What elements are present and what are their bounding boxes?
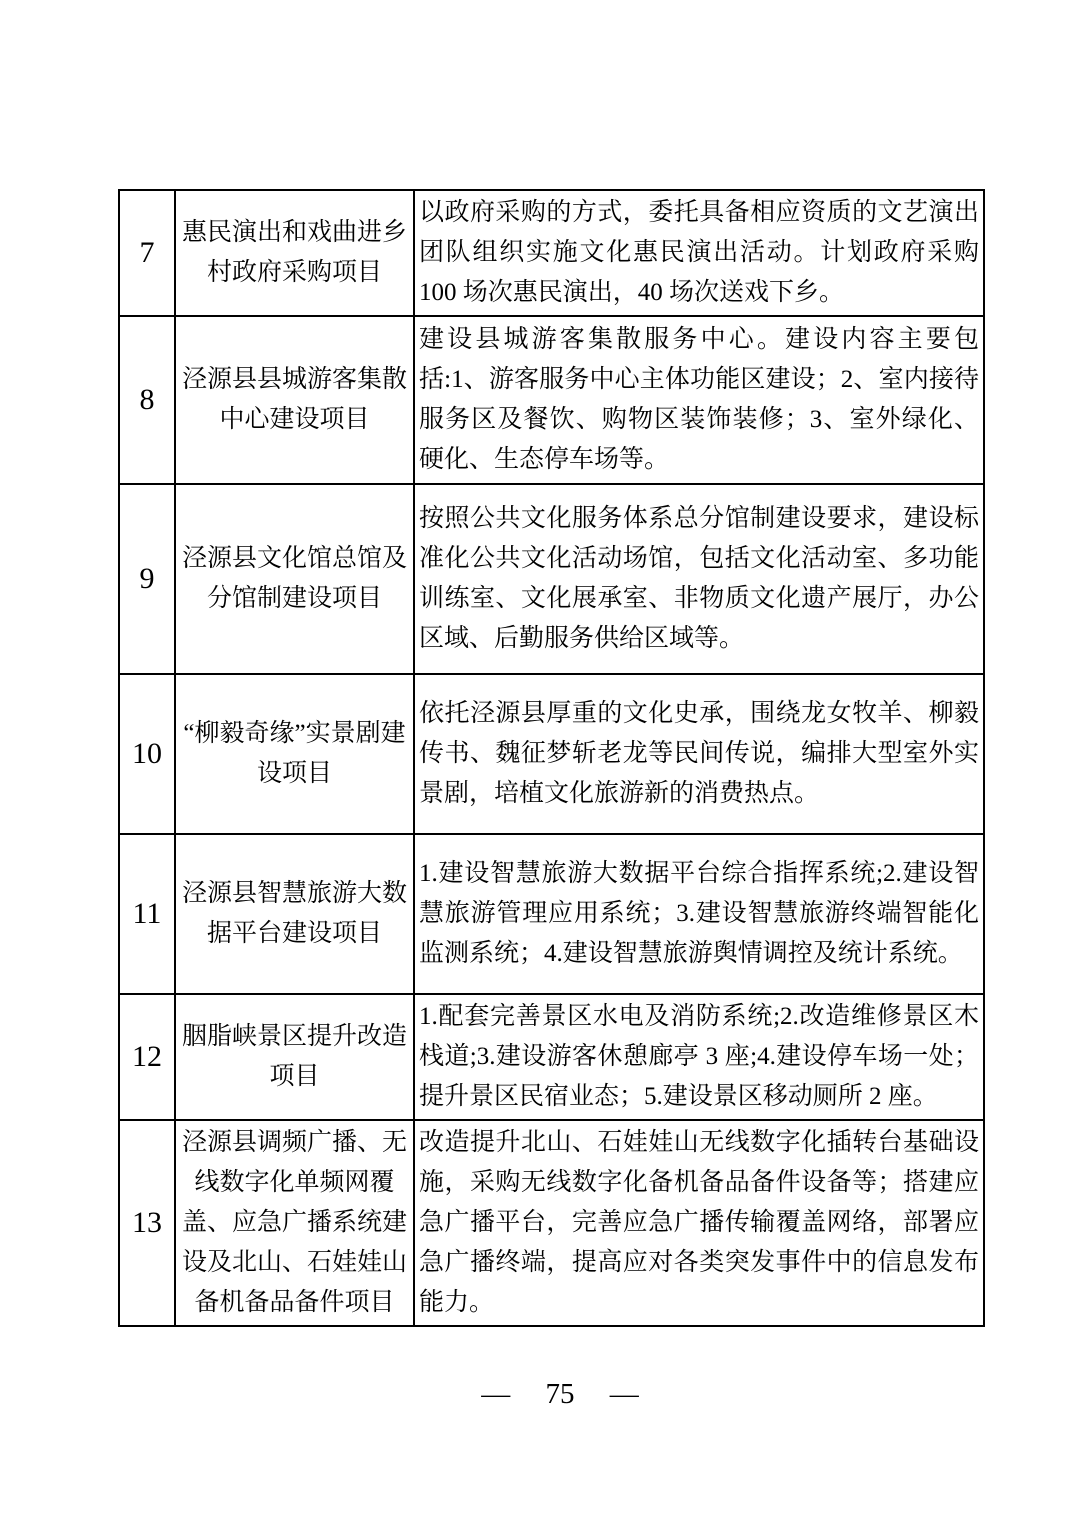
project-name: 胭脂峡景区提升改造项目 xyxy=(175,994,414,1120)
row-number: 13 xyxy=(119,1120,175,1326)
project-name: 泾源县调频广播、无线数字化单频网覆盖、应急广播系统建设及北山、石娃娃山备机备品备… xyxy=(175,1120,414,1326)
project-name: 惠民演出和戏曲进乡村政府采购项目 xyxy=(175,190,414,316)
project-description: 依托泾源县厚重的文化史承，围绕龙女牧羊、柳毅传书、魏征梦斩老龙等民间传说，编排大… xyxy=(414,674,984,834)
project-description: 1.配套完善景区水电及消防系统;2.改造维修景区木栈道;3.建设游客休憩廊亭 3… xyxy=(414,994,984,1120)
projects-table: 7 惠民演出和戏曲进乡村政府采购项目 以政府采购的方式，委托具备相应资质的文艺演… xyxy=(118,189,985,1327)
project-name: 泾源县智慧旅游大数据平台建设项目 xyxy=(175,834,414,994)
table-row: 10 “柳毅奇缘”实景剧建设项目 依托泾源县厚重的文化史承，围绕龙女牧羊、柳毅传… xyxy=(119,674,984,834)
table-row: 11 泾源县智慧旅游大数据平台建设项目 1.建设智慧旅游大数据平台综合指挥系统;… xyxy=(119,834,984,994)
project-description: 按照公共文化服务体系总分馆制建设要求，建设标准化公共文化活动场馆，包括文化活动室… xyxy=(414,484,984,674)
row-number: 9 xyxy=(119,484,175,674)
document-page: 7 惠民演出和戏曲进乡村政府采购项目 以政府采购的方式，委托具备相应资质的文艺演… xyxy=(0,0,1070,1515)
footer-dash-left: — xyxy=(481,1374,510,1414)
footer-dash-right: — xyxy=(610,1374,639,1414)
table-row: 8 泾源县县城游客集散中心建设项目 建设县城游客集散服务中心。建设内容主要包括:… xyxy=(119,316,984,484)
table-row: 9 泾源县文化馆总馆及分馆制建设项目 按照公共文化服务体系总分馆制建设要求，建设… xyxy=(119,484,984,674)
page-footer: — 75 — xyxy=(25,1374,1070,1414)
page-number: 75 xyxy=(546,1374,575,1414)
table-row: 13 泾源县调频广播、无线数字化单频网覆盖、应急广播系统建设及北山、石娃娃山备机… xyxy=(119,1120,984,1326)
table-row: 7 惠民演出和戏曲进乡村政府采购项目 以政府采购的方式，委托具备相应资质的文艺演… xyxy=(119,190,984,316)
project-description: 建设县城游客集散服务中心。建设内容主要包括:1、游客服务中心主体功能区建设；2、… xyxy=(414,316,984,484)
row-number: 7 xyxy=(119,190,175,316)
row-number: 12 xyxy=(119,994,175,1120)
project-name: 泾源县县城游客集散中心建设项目 xyxy=(175,316,414,484)
row-number: 10 xyxy=(119,674,175,834)
project-name: 泾源县文化馆总馆及分馆制建设项目 xyxy=(175,484,414,674)
table-row: 12 胭脂峡景区提升改造项目 1.配套完善景区水电及消防系统;2.改造维修景区木… xyxy=(119,994,984,1120)
project-description: 1.建设智慧旅游大数据平台综合指挥系统;2.建设智慧旅游管理应用系统；3.建设智… xyxy=(414,834,984,994)
project-description: 改造提升北山、石娃娃山无线数字化插转台基础设施，采购无线数字化备机备品备件设备等… xyxy=(414,1120,984,1326)
project-description: 以政府采购的方式，委托具备相应资质的文艺演出团队组织实施文化惠民演出活动。计划政… xyxy=(414,190,984,316)
row-number: 8 xyxy=(119,316,175,484)
row-number: 11 xyxy=(119,834,175,994)
project-name: “柳毅奇缘”实景剧建设项目 xyxy=(175,674,414,834)
